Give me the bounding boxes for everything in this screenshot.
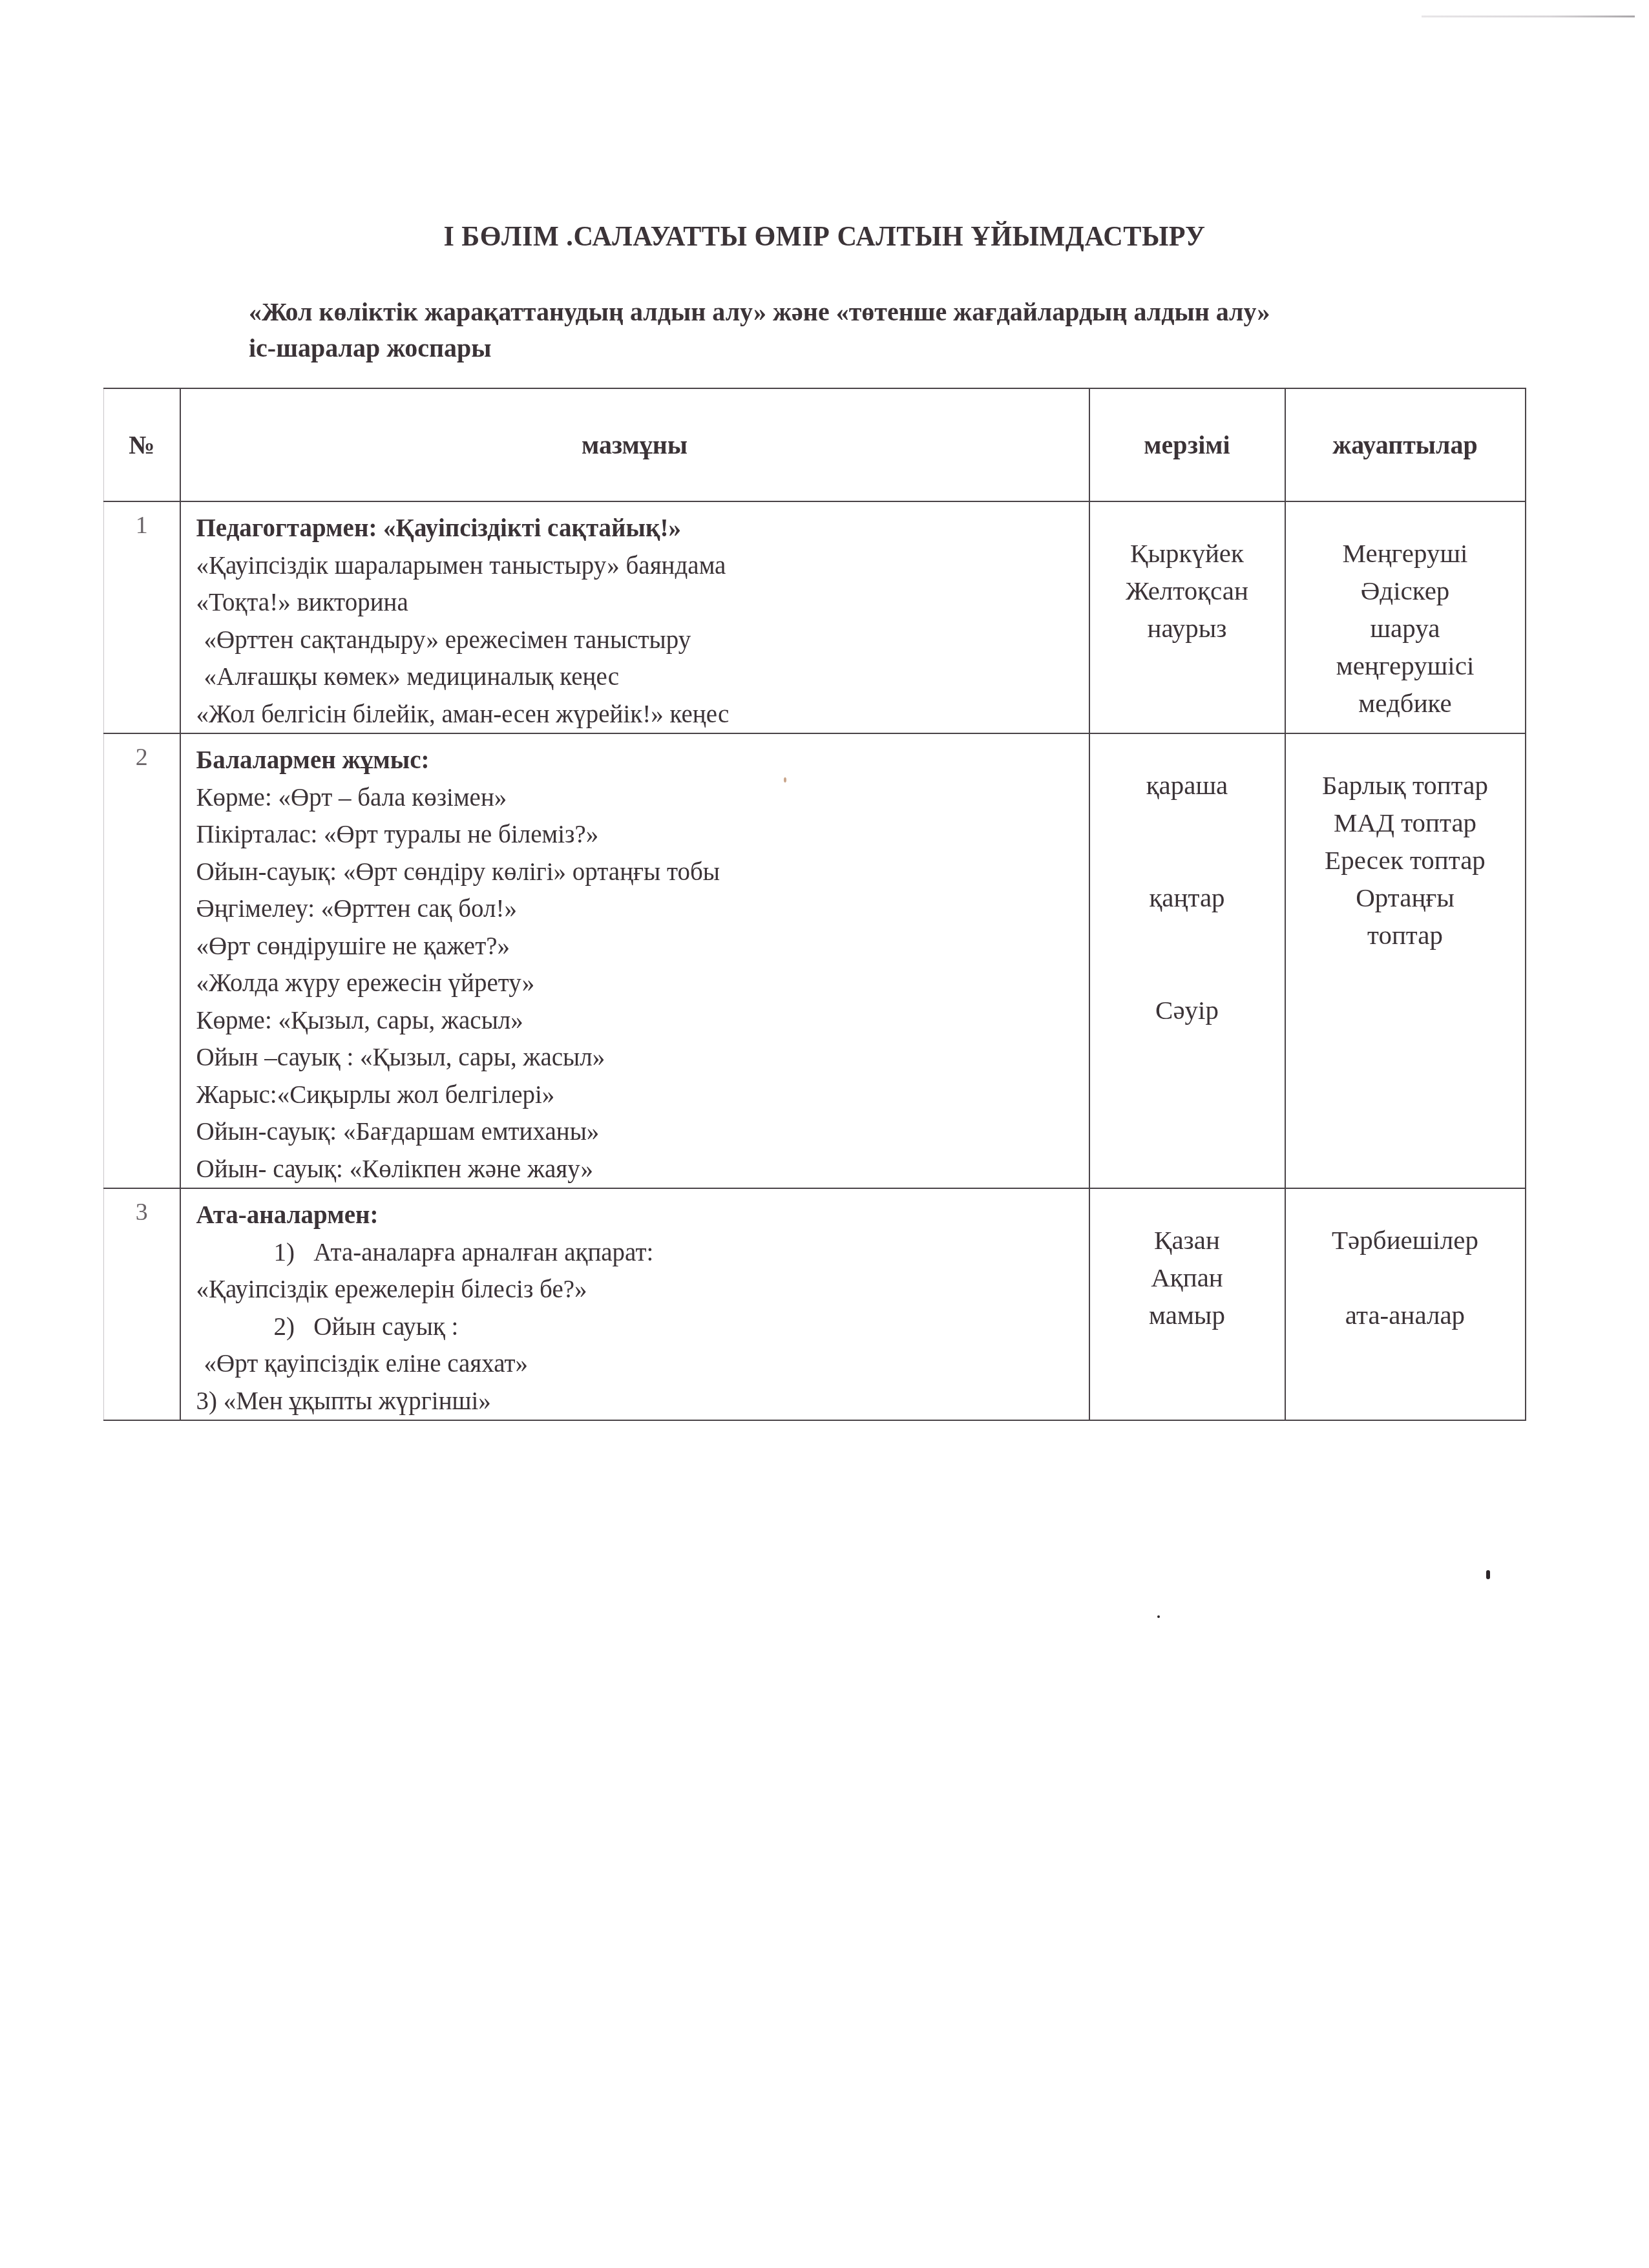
responsible-item: ата-аналар — [1286, 1296, 1525, 1334]
content-item: Әңгімелеу: «Өрттен сақ бол!» — [196, 890, 1089, 928]
date-item: мамыр — [1090, 1296, 1285, 1334]
plan-subtitle: «Жол көліктік жарақаттанудың алдын алу» … — [249, 294, 1541, 366]
row-content: Педагогтармен: «Қауіпсіздікті сақтайық!»… — [180, 501, 1089, 733]
content-item: Ойын- сауық: «Көлікпен және жаяу» — [196, 1151, 1089, 1188]
content-item: Ойын –сауық : «Қызыл, сары, жасыл» — [196, 1039, 1089, 1076]
content-item: «Тоқта!» викторина — [196, 584, 1089, 622]
subtitle-line-1: «Жол көліктік жарақаттанудың алдын алу» … — [249, 294, 1541, 330]
responsible-item: топтар — [1286, 916, 1525, 954]
date-item: қаңтар — [1090, 879, 1285, 916]
table-row: 2 Балалармен жұмыс: Көрме: «Өрт – бала к… — [104, 733, 1526, 1188]
content-item: «Қауіпсіздік ережелерін білесіз бе?» — [196, 1271, 1089, 1308]
content-item: Көрме: «Қызыл, сары, жасыл» — [196, 1002, 1089, 1040]
content-item: Көрме: «Өрт – бала көзімен» — [196, 779, 1089, 817]
date-item: Ақпан — [1090, 1259, 1285, 1296]
content-item: Жарыс:«Сиқырлы жол белгілері» — [196, 1076, 1089, 1114]
date-item: наурыз — [1090, 609, 1285, 647]
row-content: Балалармен жұмыс: Көрме: «Өрт – бала көз… — [180, 733, 1089, 1188]
row-number: 2 — [104, 733, 180, 1188]
content-item: 1) Ата-аналарға арналған ақпарат: — [196, 1234, 1089, 1272]
content-item: «Жолда жүру ережесін үйрету» — [196, 965, 1089, 1002]
header-number: № — [104, 388, 180, 501]
responsible-item: Барлық топтар — [1286, 766, 1525, 804]
responsible-item: шаруа — [1286, 609, 1525, 647]
content-item: 2) Ойын сауық : — [196, 1308, 1089, 1346]
scan-speck — [784, 777, 786, 782]
content-item: Пікірталас: «Өрт туралы не білеміз?» — [196, 816, 1089, 854]
responsible-item: медбике — [1286, 684, 1525, 722]
row-responsible: Барлық топтар МАД топтар Ересек топтар О… — [1285, 733, 1526, 1188]
row-dates: қараша қаңтар Сәуір — [1089, 733, 1285, 1188]
scan-artifact-line — [1422, 16, 1635, 17]
content-item: Ойын-сауық: «Өрт сөндіру көлігі» ортаңғы… — [196, 854, 1089, 891]
row-dates: Қазан Ақпан мамыр — [1089, 1188, 1285, 1420]
scan-speck — [1486, 1570, 1490, 1579]
responsible-item: Ортаңғы — [1286, 879, 1525, 916]
content-item: «Алғашқы көмек» медициналық кеңес — [196, 658, 1089, 696]
table-row: 1 Педагогтармен: «Қауіпсіздікті сақтайық… — [104, 501, 1526, 733]
header-content: мазмұны — [180, 388, 1089, 501]
responsible-item: МАД топтар — [1286, 804, 1525, 841]
row-number: 1 — [104, 501, 180, 733]
activity-plan-table: № мазмұны мерзімі жауаптылар 1 Педагогта… — [103, 388, 1526, 1421]
content-item: «Өрттен сақтандыру» ережесімен таныстыру — [196, 622, 1089, 659]
responsible-item: Тәрбиешілер — [1286, 1221, 1525, 1259]
date-item: Желтоқсан — [1090, 572, 1285, 609]
row-heading: Ата-аналармен: — [196, 1197, 1089, 1234]
responsible-item: Ересек топтар — [1286, 841, 1525, 879]
content-item: «Қауіпсіздік шараларымен таныстыру» баян… — [196, 547, 1089, 585]
date-item: Қыркүйек — [1090, 534, 1285, 572]
row-number: 3 — [104, 1188, 180, 1420]
row-responsible: Тәрбиешілер ата-аналар — [1285, 1188, 1526, 1420]
row-dates: Қыркүйек Желтоқсан наурыз — [1089, 501, 1285, 733]
section-title: І БӨЛІМ .САЛАУАТТЫ ӨМІР САЛТЫН ҰЙЫМДАСТЫ… — [33, 220, 1616, 253]
row-heading: Педагогтармен: «Қауіпсіздікті сақтайық!» — [196, 510, 1089, 547]
responsible-item: меңгерушісі — [1286, 647, 1525, 684]
header-date: мерзімі — [1089, 388, 1285, 501]
table-header-row: № мазмұны мерзімі жауаптылар — [104, 388, 1526, 501]
date-item: Сәуір — [1090, 991, 1285, 1029]
row-responsible: Меңгеруші Әдіскер шаруа меңгерушісі медб… — [1285, 501, 1526, 733]
content-item: «Өрт сөндірушіге не қажет?» — [196, 928, 1089, 965]
scan-speck — [1157, 1615, 1160, 1618]
row-content: Ата-аналармен: 1) Ата-аналарға арналған … — [180, 1188, 1089, 1420]
content-item: «Жол белгісін білейік, аман-есен жүрейік… — [196, 696, 1089, 733]
subtitle-line-2: іс-шаралар жоспары — [249, 330, 1541, 366]
date-item: Қазан — [1090, 1221, 1285, 1259]
table-row: 3 Ата-аналармен: 1) Ата-аналарға арналға… — [104, 1188, 1526, 1420]
responsible-item: Әдіскер — [1286, 572, 1525, 609]
content-item: Ойын-сауық: «Бағдаршам емтиханы» — [196, 1113, 1089, 1151]
content-item: «Өрт қауіпсіздік еліне саяхат» — [196, 1345, 1089, 1383]
content-item: 3) «Мен ұқыпты жүргінші» — [196, 1383, 1089, 1420]
date-item: қараша — [1090, 766, 1285, 804]
row-heading: Балалармен жұмыс: — [196, 742, 1089, 779]
responsible-item: Меңгеруші — [1286, 534, 1525, 572]
header-responsible: жауаптылар — [1285, 388, 1526, 501]
